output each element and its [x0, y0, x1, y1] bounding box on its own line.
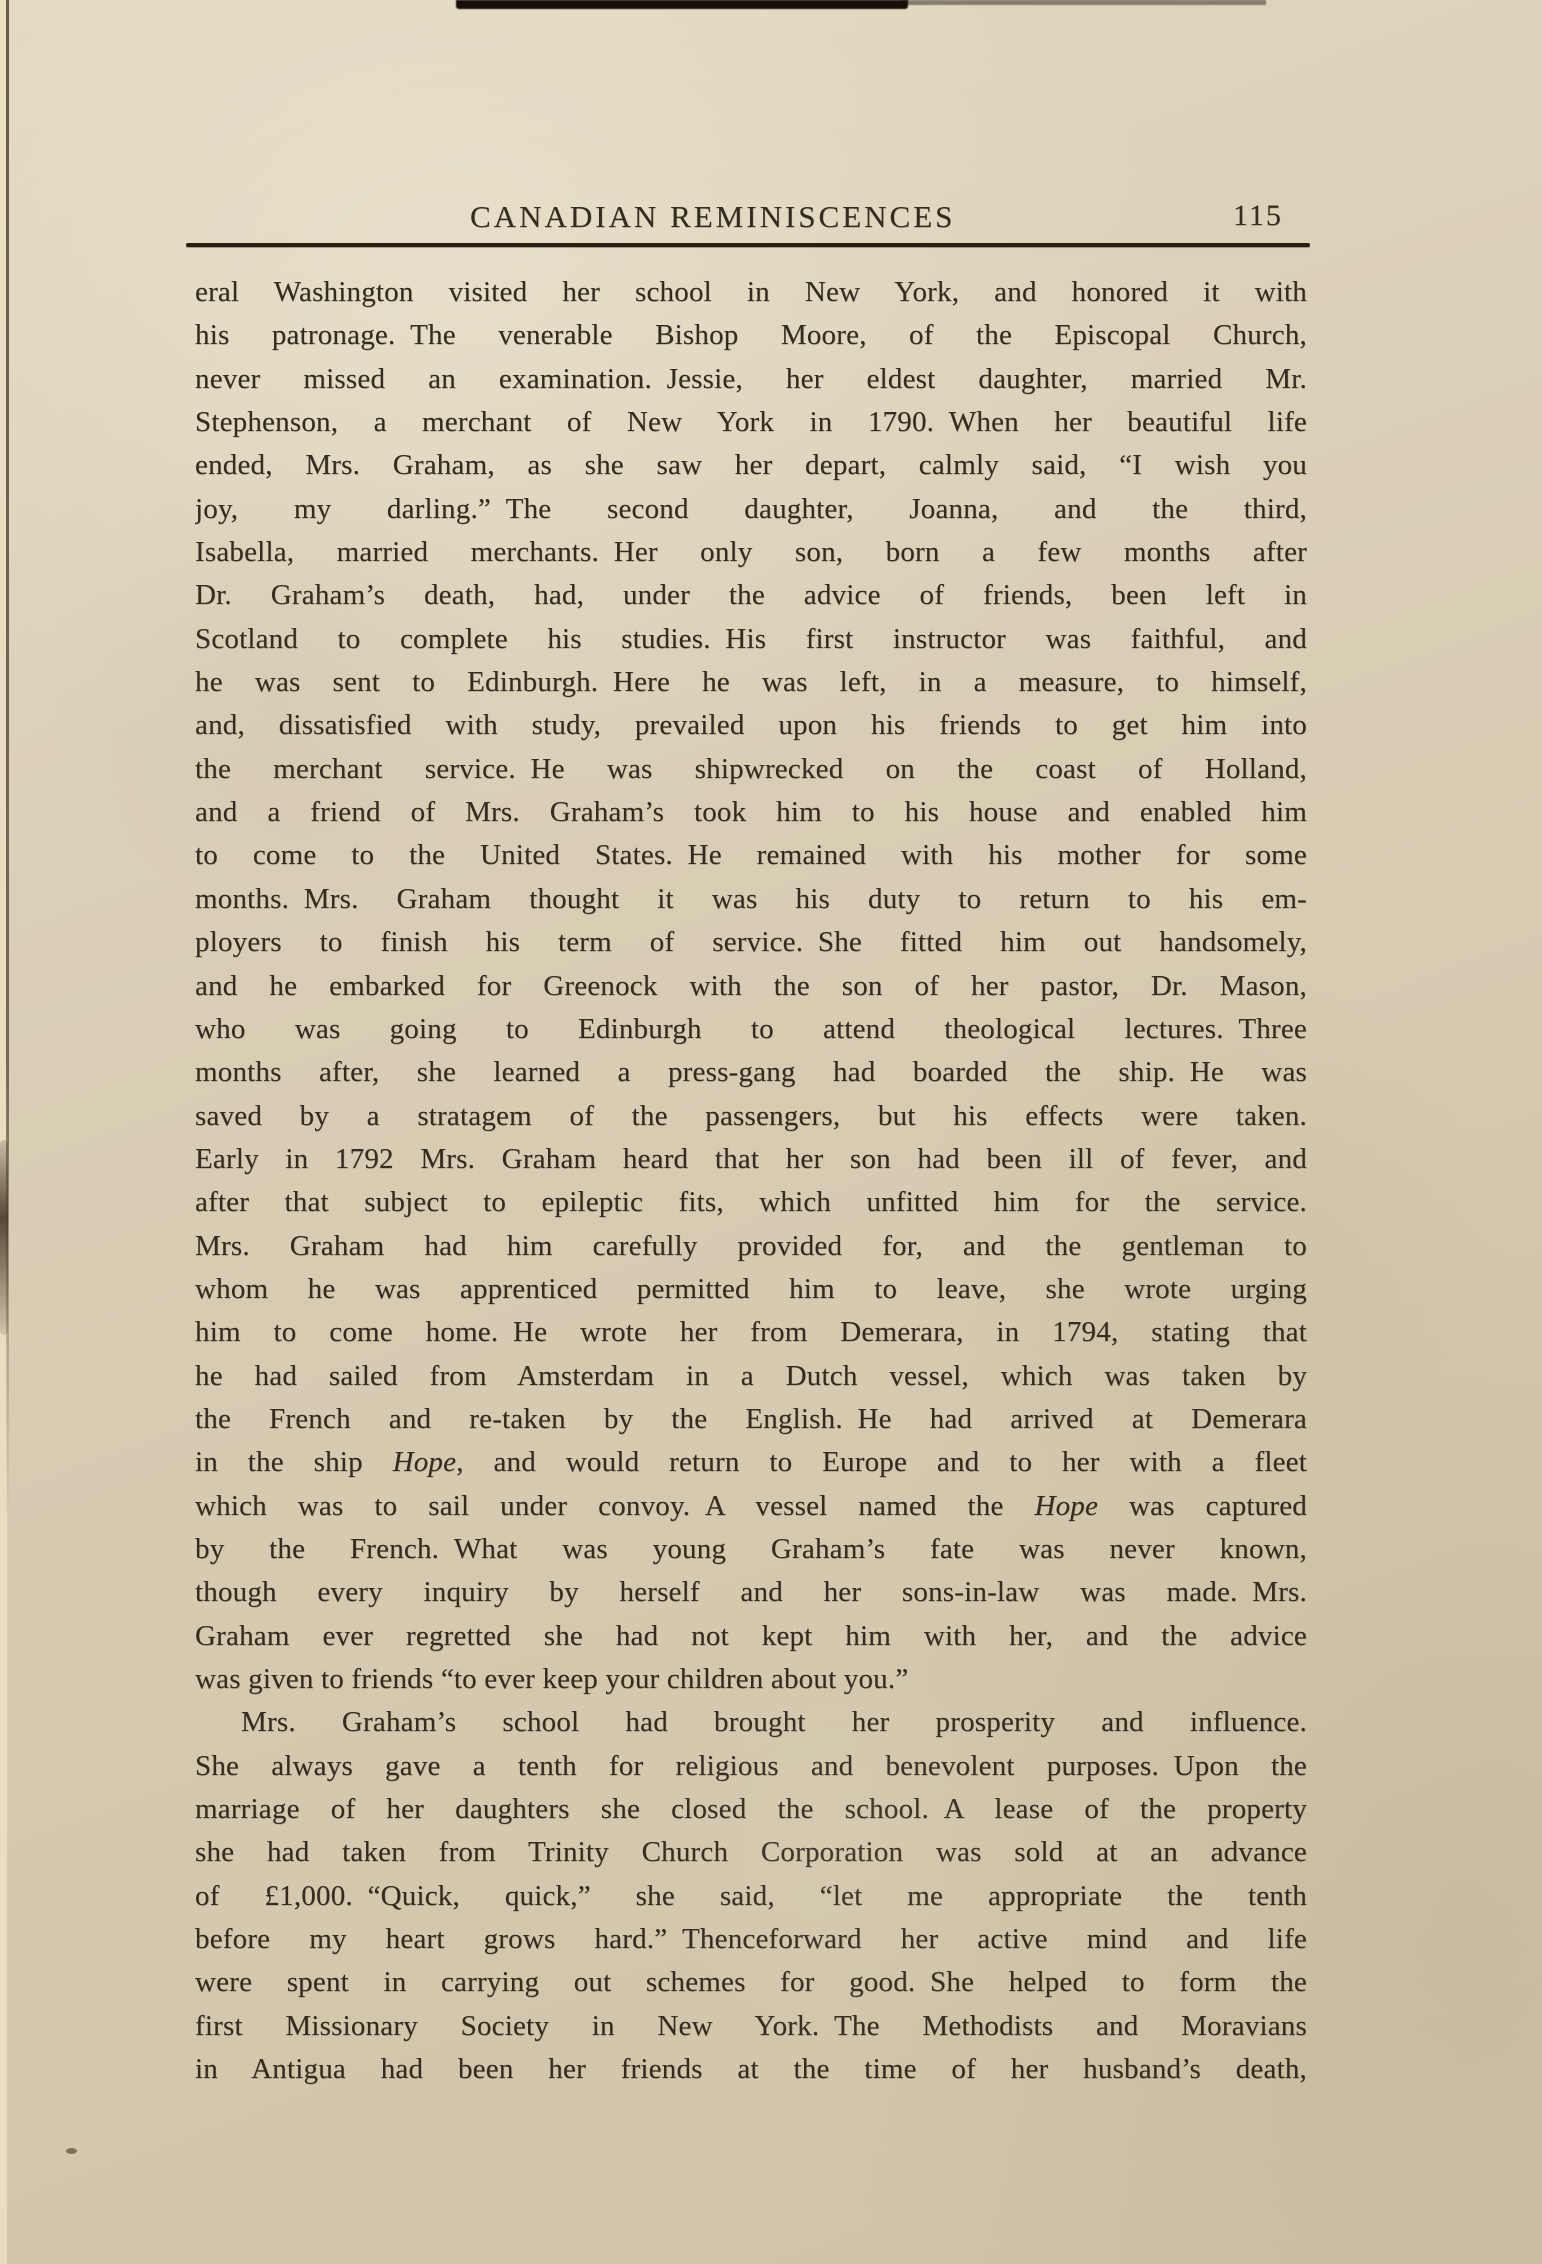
text-line: marriage of her daughters she closed the… [195, 1788, 1307, 1831]
text-line: Stephenson, a merchant of New York in 17… [195, 401, 1307, 444]
text-line: to come to the United States. He remaine… [195, 834, 1307, 877]
text-line: Early in 1792 Mrs. Graham heard that her… [195, 1138, 1307, 1181]
text-line: Scotland to complete his studies. His fi… [195, 618, 1307, 661]
scan-artifact-top-bar-faint [900, 0, 1266, 5]
book-page-scan: CANADIAN REMINISCENCES 115 eral Washingt… [0, 0, 1542, 2264]
text-line: whom he was apprenticed permitted him to… [195, 1268, 1307, 1311]
text-line: the merchant service. He was shipwrecked… [195, 748, 1307, 791]
text-line: in Antigua had been her friends at the t… [195, 2048, 1307, 2091]
text-line: months. Mrs. Graham thought it was his d… [195, 878, 1307, 921]
text-line: and, dissatisfied with study, prevailed … [195, 704, 1307, 747]
text-line: in the ship Hope, and would return to Eu… [195, 1441, 1307, 1484]
text-line: ended, Mrs. Graham, as she saw her depar… [195, 444, 1307, 487]
text-line: ployers to finish his term of service. S… [195, 921, 1307, 964]
text-line: which was to sail under convoy. A vessel… [195, 1485, 1307, 1528]
text-line: he was sent to Edinburgh. Here he was le… [195, 661, 1307, 704]
text-line: she had taken from Trinity Church Corpor… [195, 1831, 1307, 1874]
text-line: after that subject to epileptic fits, wh… [195, 1181, 1307, 1224]
text-line: who was going to Edinburgh to attend the… [195, 1008, 1307, 1051]
page-number: 115 [1233, 199, 1283, 233]
text-line: joy, my darling.” The second daughter, J… [195, 488, 1307, 531]
text-line: were spent in carrying out schemes for g… [195, 1961, 1307, 2004]
text-line: before my heart grows hard.” Thenceforwa… [195, 1918, 1307, 1961]
text-line: Isabella, married merchants. Her only so… [195, 531, 1307, 574]
text-line: though every inquiry by herself and her … [195, 1571, 1307, 1614]
text-line: by the French. What was young Graham’s f… [195, 1528, 1307, 1571]
text-line: Graham ever regretted she had not kept h… [195, 1615, 1307, 1658]
text-line: Mrs. Graham had him carefully provided f… [195, 1225, 1307, 1268]
text-line: his patronage. The venerable Bishop Moor… [195, 314, 1307, 357]
text-line: he had sailed from Amsterdam in a Dutch … [195, 1355, 1307, 1398]
scan-artifact-top-bar [456, 0, 908, 9]
scan-artifact-binding-shadow [0, 1140, 8, 1335]
text-line: never missed an examination. Jessie, her… [195, 358, 1307, 401]
text-line: of £1,000. “Quick, quick,” she said, “le… [195, 1875, 1307, 1918]
scan-artifact-speck [66, 2148, 77, 2154]
running-head-title: CANADIAN REMINISCENCES [470, 199, 955, 235]
text-line: and a friend of Mrs. Graham’s took him t… [195, 791, 1307, 834]
text-line: Dr. Graham’s death, had, under the advic… [195, 574, 1307, 617]
text-line: months after, she learned a press-gang h… [195, 1051, 1307, 1094]
text-line: him to come home. He wrote her from Deme… [195, 1311, 1307, 1354]
text-line: the French and re-taken by the English. … [195, 1398, 1307, 1441]
body-text: eral Washington visited her school in Ne… [195, 271, 1307, 2091]
text-line: was given to friends “to ever keep your … [195, 1658, 1307, 1701]
text-line: Mrs. Graham’s school had brought her pro… [195, 1701, 1307, 1744]
text-line: eral Washington visited her school in Ne… [195, 271, 1307, 314]
text-line: first Missionary Society in New York. Th… [195, 2005, 1307, 2048]
head-rule [186, 243, 1310, 247]
text-line: and he embarked for Greenock with the so… [195, 965, 1307, 1008]
text-line: She always gave a tenth for religious an… [195, 1745, 1307, 1788]
text-line: saved by a stratagem of the passengers, … [195, 1095, 1307, 1138]
